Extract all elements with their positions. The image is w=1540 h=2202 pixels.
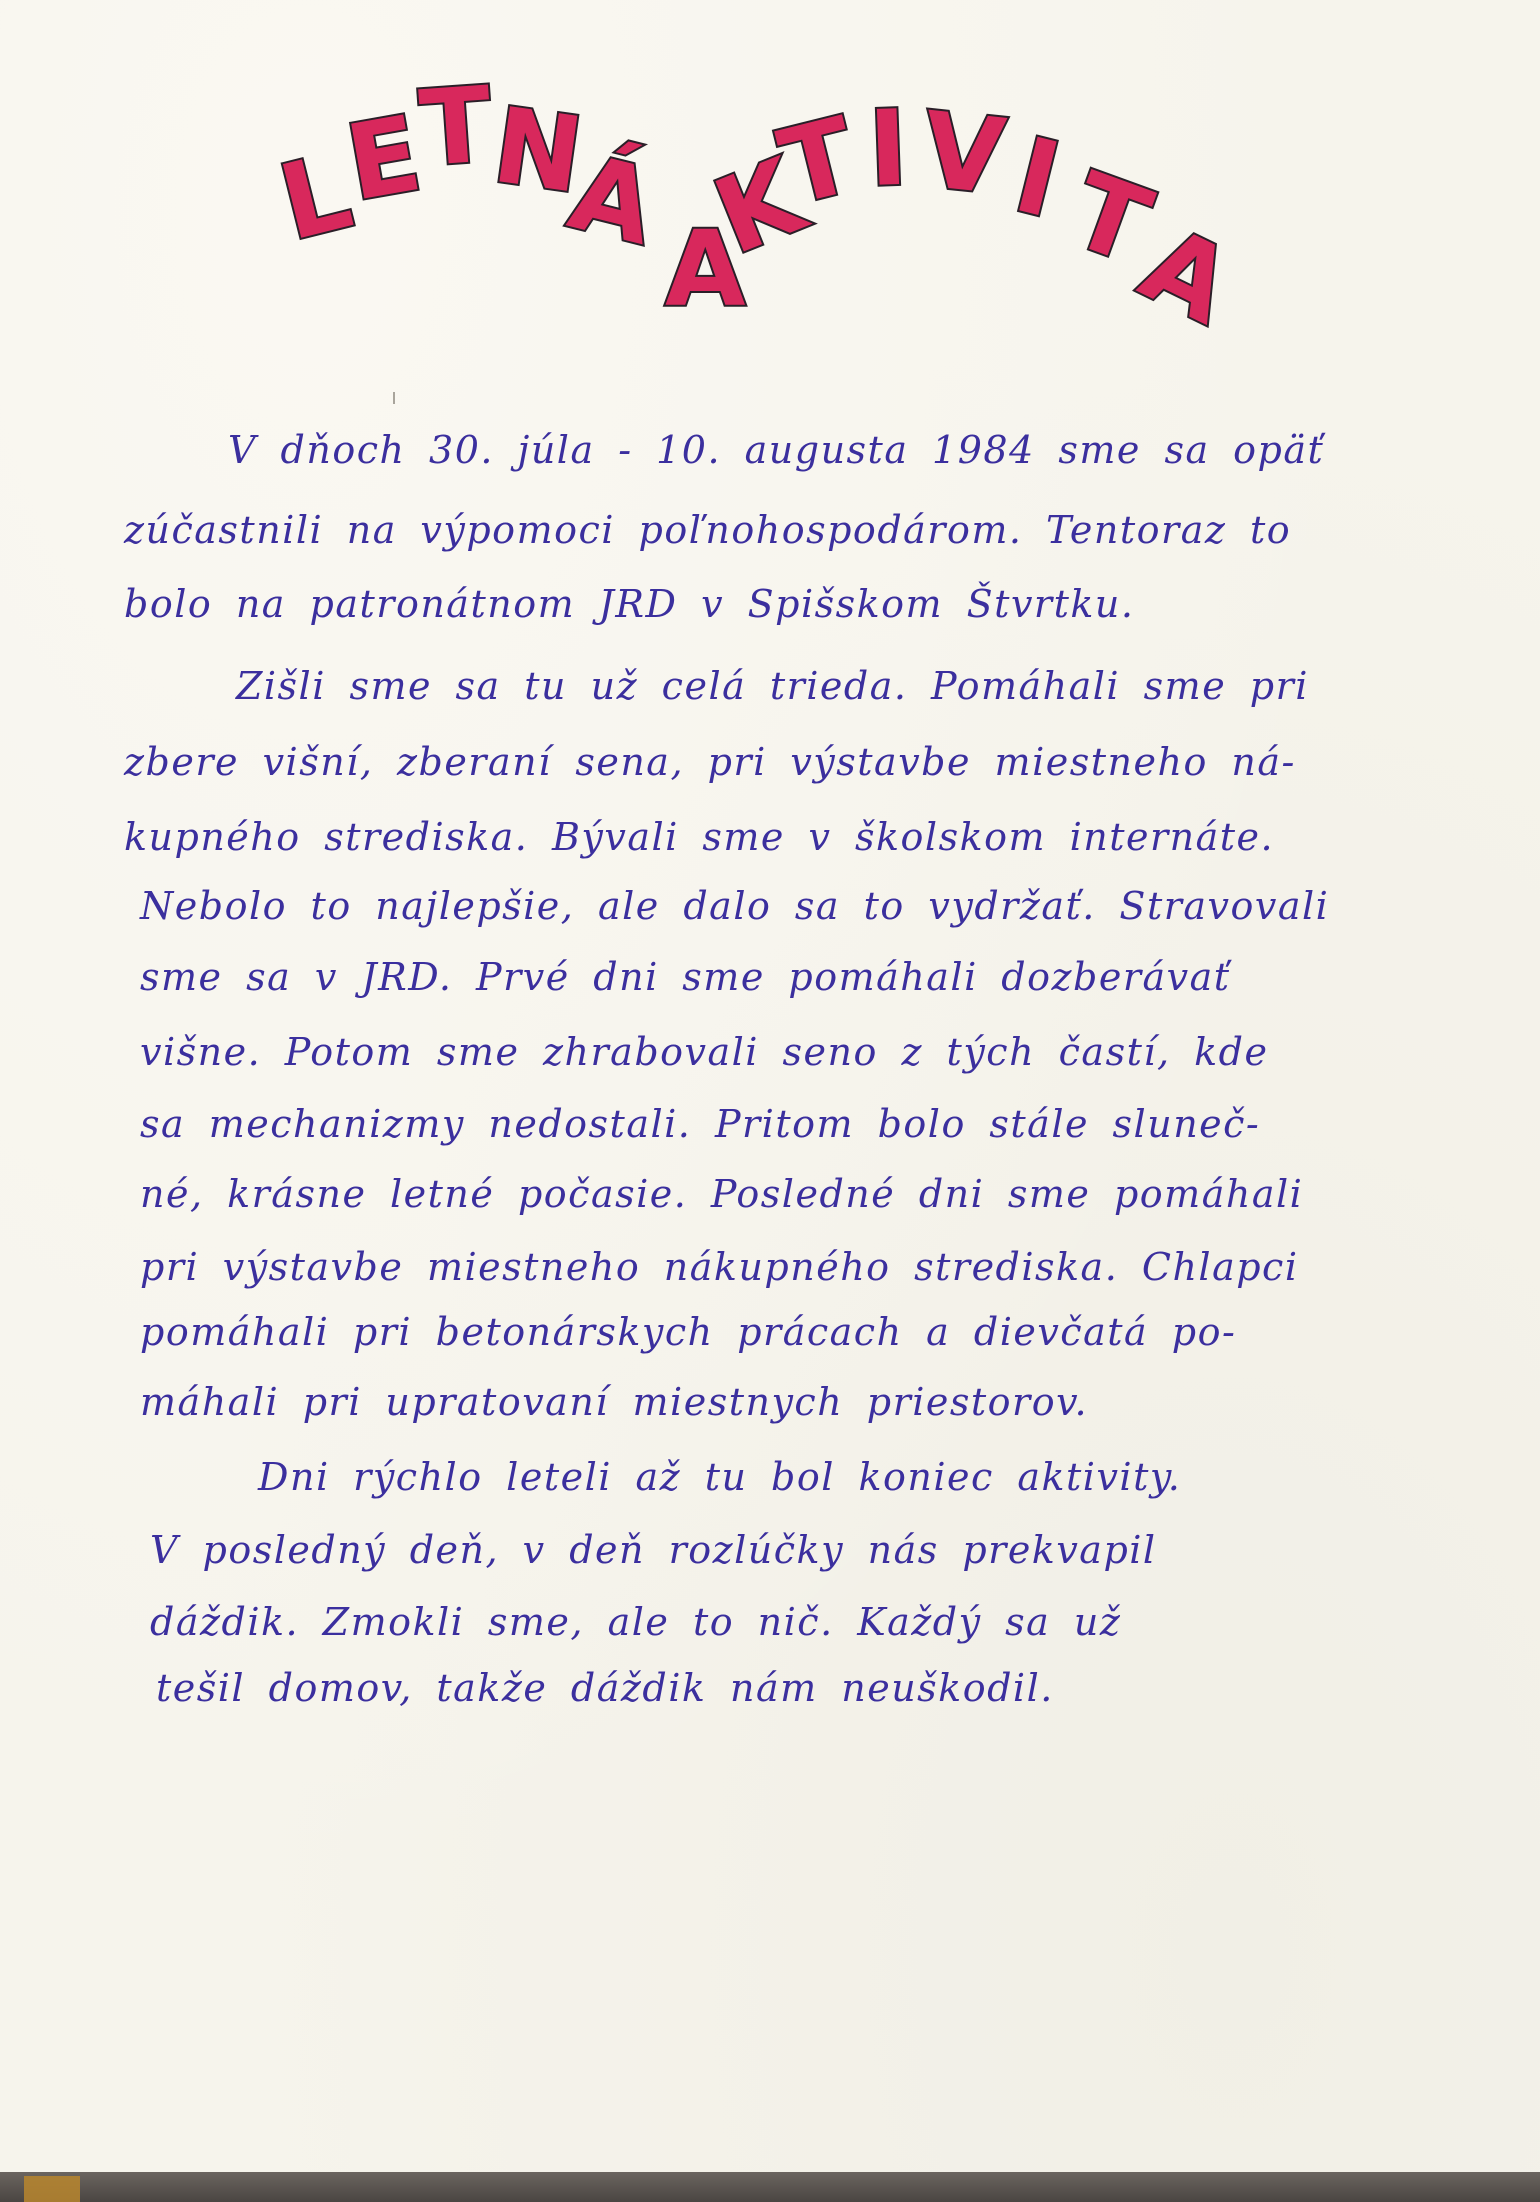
page-title: L E T N Á A K T I V I T A: [0, 0, 1540, 360]
text-line: sme sa v JRD. Prvé dni sme pomáhali dozb…: [140, 955, 1231, 999]
text-line: bolo na patronátnom JRD v Spišskom Štvrt…: [124, 582, 1134, 626]
title-letter: I: [1004, 114, 1071, 242]
text-line: pomáhali pri betonárskych prácach a diev…: [140, 1310, 1236, 1354]
text-line: zbere višní, zberaní sena, pri výstavbe …: [124, 740, 1296, 784]
text-line: tešil domov, takže dáždik nám neuškodil.: [156, 1666, 1054, 1710]
title-letter: E: [338, 92, 429, 224]
text-line: kupného strediska. Bývali sme v školskom…: [124, 815, 1274, 859]
text-line: zúčastnili na výpomoci poľnohospodárom. …: [124, 508, 1291, 552]
scanner-bottom-edge: [0, 2172, 1540, 2202]
text-line: V posledný deň, v deň rozlúčky nás prekv…: [150, 1528, 1157, 1572]
text-line: dáždik. Zmokli sme, ale to nič. Každý sa…: [150, 1600, 1121, 1644]
paper-page: L E T N Á A K T I V I T A V dňoch 30. jú…: [0, 0, 1540, 2172]
text-line: Zišli sme sa tu už celá trieda. Pomáhali…: [236, 664, 1309, 708]
text-line: né, krásne letné počasie. Posledné dni s…: [140, 1172, 1303, 1216]
text-line: Nebolo to najlepšie, ale dalo sa to vydr…: [140, 884, 1329, 928]
title-letter: I: [867, 87, 910, 210]
text-line: V dňoch 30. júla - 10. augusta 1984 sme …: [228, 428, 1324, 472]
text-line: pri výstavbe miestneho nákupného stredis…: [140, 1245, 1299, 1289]
binder-tab: [24, 2176, 80, 2202]
text-line: višne. Potom sme zhrabovali seno z tých …: [140, 1030, 1269, 1074]
title-letter: V: [917, 89, 1010, 219]
text-line: sa mechanizmy nedostali. Pritom bolo stá…: [140, 1102, 1260, 1146]
text-line: Dni rýchlo leteli až tu bol koniec aktiv…: [258, 1455, 1181, 1499]
title-letter: T: [416, 63, 495, 190]
text-line: máhali pri upratovaní miestnych priestor…: [140, 1380, 1088, 1424]
pencil-tick-mark: [393, 392, 395, 404]
